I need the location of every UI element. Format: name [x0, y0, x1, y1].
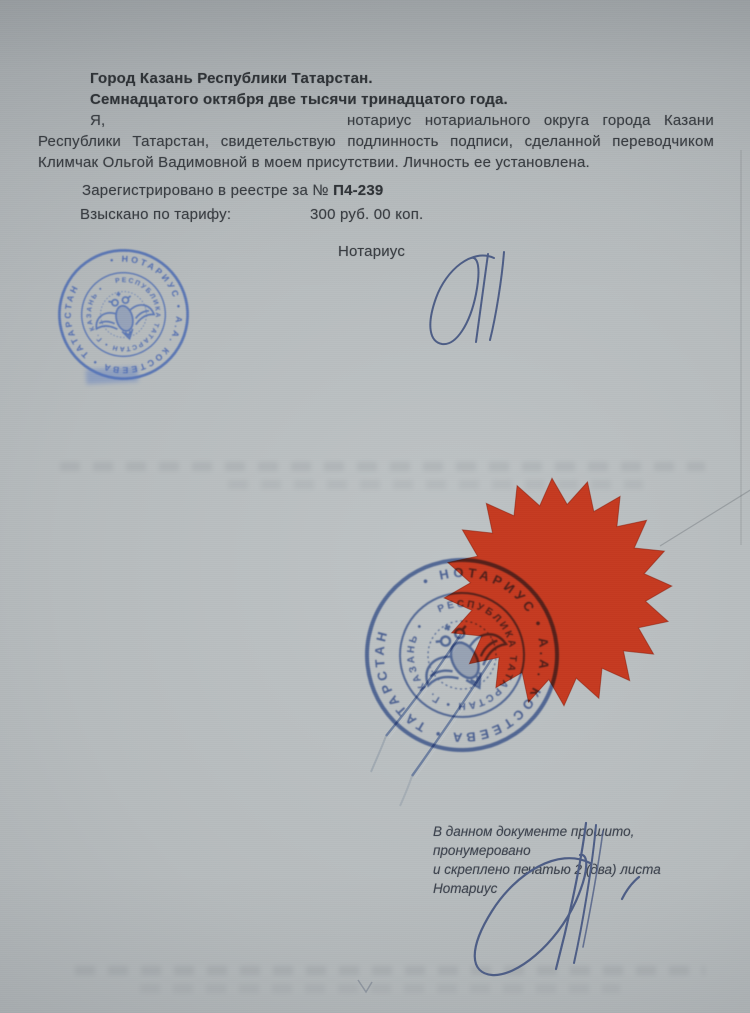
notary-round-stamp-over-seal: • НОТАРИУС • А.А. КОСТЕЕВА • ТАТАРСТАН Р… — [327, 520, 597, 790]
red-wafer-seal — [438, 472, 678, 712]
svg-text:• НОТАРИУС • А.А. КОСТЕЕВА • Т: • НОТАРИУС • А.А. КОСТЕЕВА • ТАТАРСТАН — [50, 241, 197, 388]
registry-line: Зарегистрировано в реестре за № П4-239 — [38, 180, 714, 201]
double-headed-eagle-icon — [89, 285, 158, 346]
binding-note-line-3: Нотариус — [433, 879, 733, 898]
stamp-outer-ring-text: • НОТАРИУС • А.А. КОСТЕЕВА • ТАТАРСТАН — [340, 533, 584, 777]
city-line: Город Казань Республики Татарстан. — [38, 68, 714, 89]
bleed-through-text — [75, 966, 705, 975]
double-headed-eagle-icon — [407, 604, 518, 708]
svg-text:РЕСПУБЛИКА ТАТАРСТАН • Г. КАЗА: РЕСПУБЛИКА ТАТАРСТАН • Г. КАЗАНЬ • — [78, 269, 169, 360]
ink-smudge — [86, 367, 139, 385]
binding-note-line-2: и скреплено печатью 2 (два) листа — [433, 860, 733, 879]
bleed-through-text — [228, 480, 643, 489]
stamp-outer-ring-text: • НОТАРИУС • А.А. КОСТЕЕВА • ТАТАРСТАН — [50, 241, 197, 388]
star-seal-icon — [438, 472, 678, 712]
attestation-line-3: Климчак Ольгой Вадимовной в моем присутс… — [38, 152, 714, 173]
ya-pronoun: Я, — [38, 110, 105, 131]
attestation-line-1: Я, нотариус нотариального округа города … — [38, 110, 714, 131]
notary-label: Нотариус — [38, 241, 714, 262]
svg-text:РЕСПУБЛИКА ТАТАРСТАН • Г. КАЗА: РЕСПУБЛИКА ТАТАРСТАН • Г. КАЗАНЬ • — [386, 579, 538, 731]
bleed-through-text — [60, 462, 705, 471]
attestation-line-2: Республики Татарстан, свидетельствую под… — [38, 131, 714, 152]
binding-note: В данном документе прошито, пронумерован… — [433, 822, 733, 898]
binding-note-line-1: В данном документе прошито, пронумерован… — [433, 822, 733, 860]
notarial-text-block: Город Казань Республики Татарстан. Семна… — [38, 68, 714, 262]
registry-number: П4-239 — [333, 182, 383, 199]
svg-text:• НОТАРИУС • А.А. КОСТЕЕВА • Т: • НОТАРИУС • А.А. КОСТЕЕВА • ТАТАРСТАН — [340, 533, 584, 777]
stamp-inner-ring-text: РЕСПУБЛИКА ТАТАРСТАН • Г. КАЗАНЬ • — [386, 579, 538, 731]
tariff-label: Взыскано по тарифу: — [38, 206, 231, 223]
date-line: Семнадцатого октября две тысячи тринадца… — [38, 89, 714, 110]
stamp-inner-ring-text: РЕСПУБЛИКА ТАТАРСТАН • Г. КАЗАНЬ • — [78, 269, 169, 360]
bleed-through-text — [140, 984, 620, 993]
scanned-notarial-document: Город Казань Республики Татарстан. Семна… — [0, 0, 750, 1013]
tariff-line: Взыскано по тарифу: 300 руб. 00 коп. — [38, 204, 714, 225]
tariff-value: 300 руб. 00 коп. — [310, 204, 423, 225]
notary-stamp-icon: • НОТАРИУС • А.А. КОСТЕЕВА • ТАТАРСТАН Р… — [327, 520, 597, 790]
attestation-line-1-rest: нотариус нотариального округа города Каз… — [347, 110, 714, 131]
registry-label: Зарегистрировано в реестре за № — [82, 182, 329, 199]
